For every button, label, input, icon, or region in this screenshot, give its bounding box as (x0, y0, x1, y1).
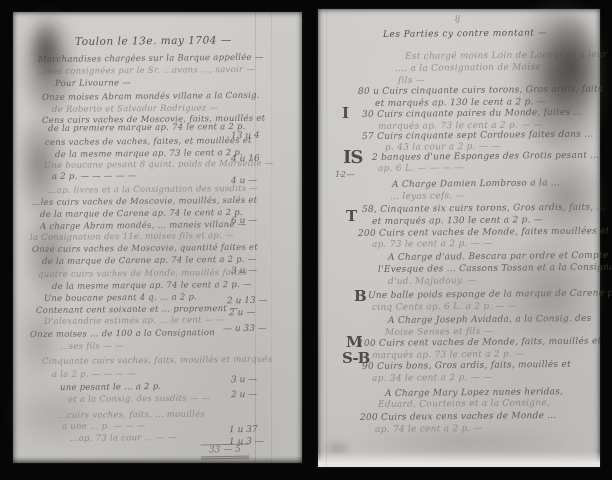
merchant-mark: 1-2 — (335, 170, 353, 179)
margin-amount: 1 u 37 (229, 425, 258, 435)
manuscript-line: a une … p. — — — (62, 421, 146, 432)
manuscript-line: ap. 74 le cent a 2 p. — (375, 424, 483, 435)
scanned-manuscript: { "document": { "description": "Black-ba… (0, 0, 612, 480)
manuscript-line: 200 Cuirs deux cens vaches de Monde … (360, 411, 557, 423)
manuscript-line: et marqués ap. 130 le cent a 2 p. — (375, 97, 546, 109)
manuscript-line: de la marque de Carene ap. 74 le cent a … (40, 208, 243, 220)
manuscript-line: 200 Cuirs cent vaches de Monde, faites m… (358, 226, 612, 239)
margin-amount: 6 u — (231, 216, 257, 226)
manuscript-line: …ises consignées par le Sr. …avans …, sa… (36, 65, 255, 77)
margin-amount: 4 u 16 (231, 154, 260, 164)
page-bottom-edge (13, 456, 302, 463)
manuscript-line: Onze moises Abram mondés villane a la Co… (42, 91, 260, 103)
manuscript-line: …, a la Consignation de Moise (395, 62, 541, 74)
manuscript-line: 30 Cuirs cinquante paires du Monde, fait… (362, 108, 583, 120)
manuscript-line: cinq Cents ap. 6 L. a 2 p. — — (372, 301, 517, 313)
fold-crease (271, 12, 272, 463)
manuscript-line: de la marque de Carene ap. 74 le cent a … (42, 255, 257, 267)
page-header: Les Parties cy contre montant — (383, 28, 547, 40)
manuscript-line: Onze cuirs vaches de Moscovie, quantité … (32, 243, 258, 255)
manuscript-line: 80 u Cuirs cinquante cuirs torons, Gros … (358, 84, 603, 97)
margin-amount: 3 u — (231, 266, 257, 276)
ink-stain (540, 14, 602, 119)
manuscript-line: une pesant le … a 2 p. (60, 382, 161, 393)
manuscript-line: Contenant cent soixante et … proprement … (36, 304, 239, 316)
manuscript-line: …ap. 73 la cour … — — (70, 433, 177, 444)
manuscript-line: Pour Livourne — (55, 78, 131, 89)
manuscript-line: Marchandises chargées sur la Barque appe… (38, 53, 264, 65)
margin-amount: 4 u — (231, 176, 257, 186)
manuscript-line: marqués ap. 73 le cent a 2 p. — (372, 349, 525, 361)
manuscript-line: D'alexandrie estimés ap. … le cent — — (44, 315, 225, 327)
manuscript-line: Onze moises … de 100 a la Consignation (30, 328, 215, 340)
page-header: Toulon le 13e. may 1704 — (75, 34, 232, 48)
page-bottom-edge (318, 462, 600, 467)
manuscript-line: Eduard, Courteins et a la Consigne, (378, 398, 550, 410)
manuscript-line: Moise Senses et fils — (385, 327, 493, 338)
manuscript-line: de la premiere marque ap. 74 le cent a 2… (48, 122, 246, 134)
manuscript-line: Une balle poids esponge de la marque de … (368, 288, 612, 301)
manuscript-line: …ses fils — — (60, 341, 124, 352)
manuscript-line: A Charge Joseph Avidada, a la Consig. de… (388, 314, 592, 326)
manuscript-line: Une boucane pesant 4 q. … a 2 p. (44, 292, 197, 304)
manuscript-line: 2 banques d'une Esponges des Grotis pesa… (372, 151, 600, 163)
ink-stain (322, 441, 352, 455)
manuscript-line: de la mesme marque ap. 74 le cent a 2 p.… (52, 280, 252, 292)
manuscript-line: …ap. livres et a la Consignation des sus… (48, 184, 258, 196)
manuscript-line: A Charge d'aud. Bescara par ordre et Com… (388, 251, 608, 263)
manuscript-line: 58, Cinquante six cuirs torons, Gros ard… (362, 202, 606, 215)
manuscript-line: … leyas cefs. — (390, 191, 465, 202)
manuscript-line: et a la Consig. des susdits — — (68, 394, 210, 405)
merchant-mark: B (354, 287, 366, 305)
manuscript-line: ap. 6 L. — — — — (378, 163, 464, 174)
right-page: ij Les Parties cy contre montant — Est c… (318, 9, 600, 467)
manuscript-line: cens vaches de vaches, faites, et mouill… (45, 136, 252, 148)
margin-amount: — u 33 — (223, 324, 267, 335)
total-box: 33 — 5 (201, 444, 249, 460)
merchant-mark: I (342, 104, 348, 122)
manuscript-line: a 2 p. — — — — — (52, 171, 136, 182)
manuscript-line: Cinquante cuirs vaches, faits, mouillés … (42, 355, 273, 367)
manuscript-line: 57 Cuirs cinquante sept Cordoues faites … (362, 130, 593, 142)
merchant-mark: T (346, 207, 356, 225)
manuscript-line: Est chargé moins Loin de Lacour et a leu… (405, 50, 608, 62)
manuscript-line: de Roberto et Salvador Rodriguez — (52, 103, 218, 115)
manuscript-line: quatre cuirs vaches de Monde, mouillés f… (38, 268, 248, 280)
merchant-mark: IS (343, 147, 362, 168)
fold-crease (326, 9, 327, 467)
margin-amount: 2 u 13 — (227, 296, 268, 307)
manuscript-line: …les cuirs vaches de Moscovie, mouillés,… (32, 196, 257, 208)
manuscript-line: et marqués ap. 130 le cent a 2 p. — (372, 215, 543, 227)
manuscript-line: fils — (398, 76, 425, 86)
manuscript-line: d'ud. Majudouy. — (388, 276, 477, 287)
manuscript-line: ap. 73 le cent a 2 p. — — (372, 239, 492, 250)
page-bottom-edge (318, 452, 600, 462)
manuscript-line: …cuirs vaches, faits, … mouillés (58, 409, 205, 421)
manuscript-line: ap. 34 le cent a 2 p. — — (372, 373, 492, 384)
manuscript-line: 90 Cuirs bons, Gros ardis, faits, mouill… (362, 360, 571, 372)
margin-amount: 3 u — (231, 375, 257, 385)
margin-amount: 2 u — (231, 390, 257, 400)
left-page: Toulon le 13e. may 1704 — Marchandises c… (13, 12, 302, 463)
page-number: ij (455, 14, 460, 23)
manuscript-line: la Consignation des 11e. moises fils et … (30, 231, 234, 243)
manuscript-line: 100 Cuirs cent vaches de Monde, faits, m… (358, 336, 602, 349)
margin-amount: 2 u — (229, 308, 255, 318)
manuscript-line: a la 2 p. — — — — (52, 369, 136, 380)
manuscript-line: l'Evesque des … Cassons Tossan et a la C… (378, 262, 612, 275)
manuscript-line: A Charge Mary Lopez nunes heridas, (385, 387, 563, 399)
manuscript-line: A Charge Damien Lombroso a la … (392, 178, 560, 190)
merchant-mark: S-B (342, 349, 369, 367)
margin-amount: 13 u 4 (231, 131, 260, 141)
